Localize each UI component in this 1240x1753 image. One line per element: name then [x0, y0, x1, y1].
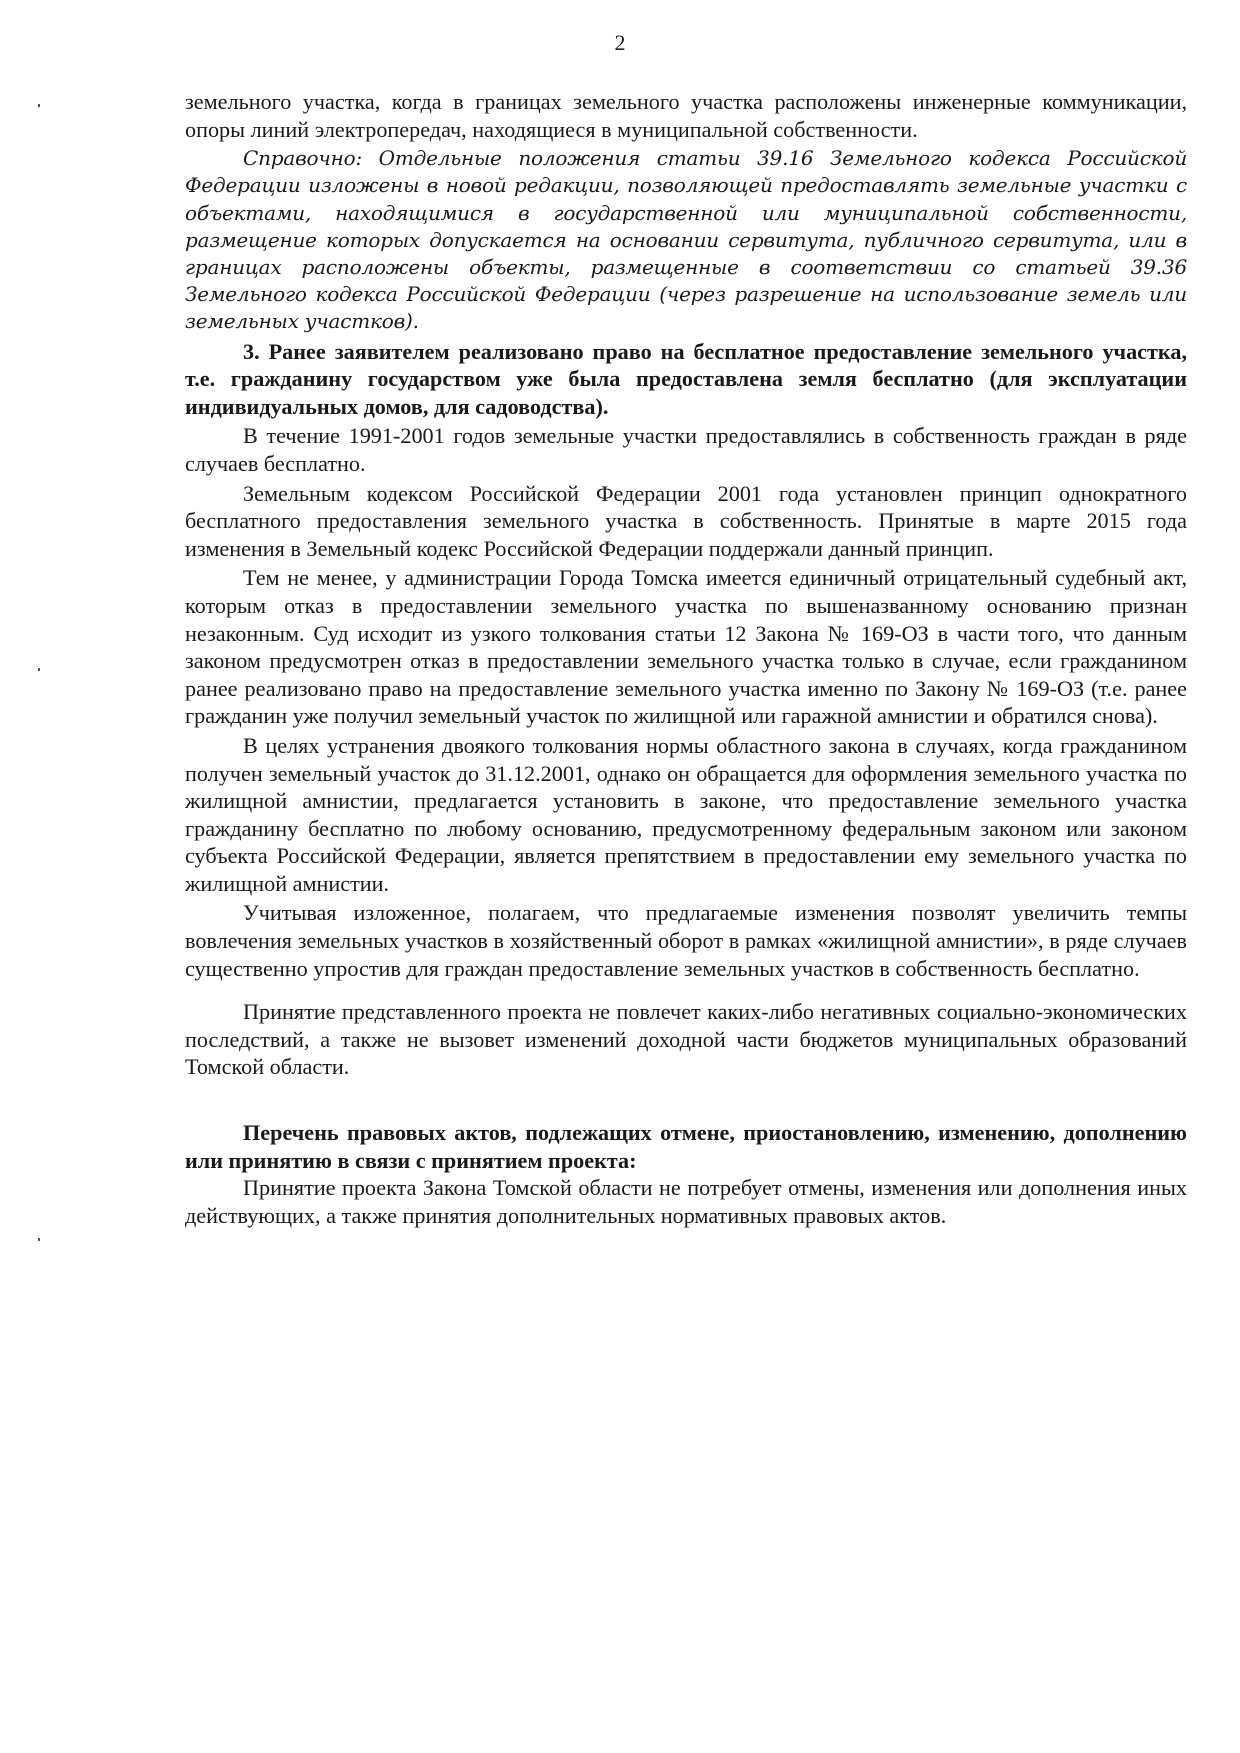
scan-speck	[38, 1238, 40, 1241]
document-page: 2 земельного участка, когда в границах з…	[0, 0, 1240, 1753]
paragraph-court-act: Тем не менее, у администрации Города Том…	[185, 564, 1187, 730]
paragraph-reference-note: Справочно: Отдельные положения статьи 39…	[185, 145, 1187, 335]
paragraph-land-code-2001: Земельным кодексом Российской Федерации …	[185, 480, 1187, 563]
paragraph-consequences: Принятие представленного проекта не повл…	[185, 998, 1187, 1081]
paragraph-section-3-heading: 3. Ранее заявителем реализовано право на…	[185, 338, 1187, 421]
paragraph-1991-2001: В течение 1991-2001 годов земельные учас…	[185, 422, 1187, 477]
scan-speck	[38, 668, 40, 671]
paragraph-conclusion: Учитывая изложенное, полагаем, что предл…	[185, 899, 1187, 982]
paragraph-acts-list-body: Принятие проекта Закона Томской области …	[185, 1174, 1187, 1229]
paragraph-continuation: земельного участка, когда в границах зем…	[185, 88, 1187, 143]
paragraph-acts-list-heading: Перечень правовых актов, подлежащих отме…	[185, 1119, 1187, 1174]
page-number: 2	[0, 30, 1240, 56]
scan-speck	[38, 104, 40, 107]
document-body: земельного участка, когда в границах зем…	[185, 88, 1187, 1229]
paragraph-interpretation: В целях устранения двоякого толкования н…	[185, 732, 1187, 898]
